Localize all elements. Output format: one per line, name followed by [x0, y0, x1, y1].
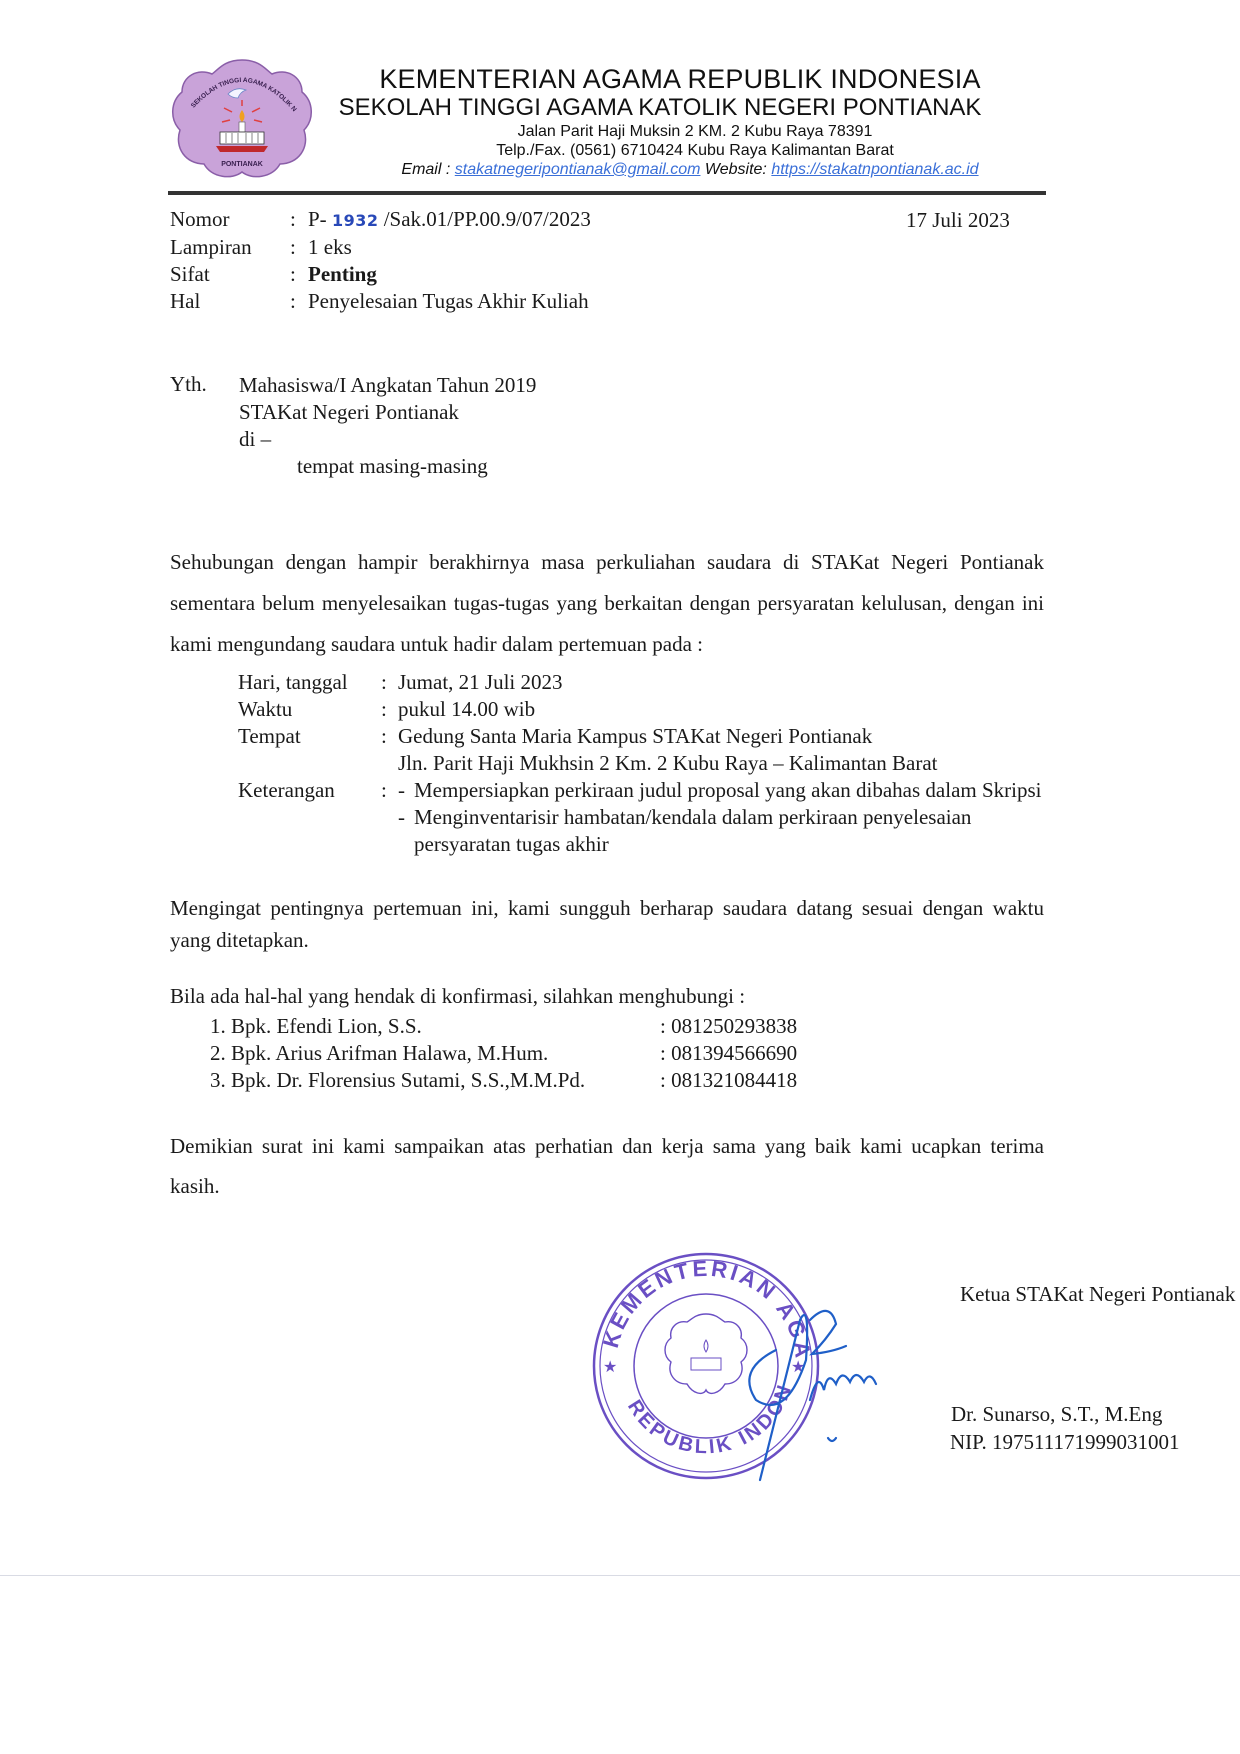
- detail-place: Tempat : Gedung Santa Maria Kampus STAKa…: [238, 723, 1058, 777]
- detail-notes: Keterangan : -Mempersiapkan perkiraan ju…: [238, 777, 1058, 858]
- contact-item: 3. Bpk. Dr. Florensius Sutami, S.S.,M.M.…: [210, 1067, 797, 1094]
- contact-intro: Bila ada hal-hal yang hendak di konfirma…: [170, 983, 1044, 1010]
- institution-name: SEKOLAH TINGGI AGAMA KATOLIK NEGERI PONT…: [320, 94, 1000, 122]
- contact-line: Email : stakatnegeripontianak@gmail.com …: [380, 160, 1000, 180]
- website-link[interactable]: https://stakatnpontianak.ac.id: [771, 161, 978, 178]
- detail-time: Waktu : pukul 14.00 wib: [238, 696, 1058, 723]
- institution-logo: SEKOLAH TINGGI AGAMA KATOLIK NEGERI PONT…: [168, 56, 316, 182]
- nomor-value: P- 1932 /Sak.01/PP.00.9/07/2023: [308, 206, 591, 234]
- website-label: Website:: [705, 161, 767, 178]
- importance-paragraph: Mengingat pentingnya pertemuan ini, kami…: [170, 892, 1044, 956]
- meeting-details: Hari, tanggal : Jumat, 21 Juli 2023 Wakt…: [238, 669, 1058, 858]
- contact-list: 1. Bpk. Efendi Lion, S.S.: 081250293838 …: [210, 1013, 797, 1094]
- handwritten-number: 1932: [332, 211, 379, 230]
- star-icon: ★: [603, 1359, 617, 1376]
- detail-date: Hari, tanggal : Jumat, 21 Juli 2023: [238, 669, 1058, 696]
- institution-phone: Telp./Fax. (0561) 6710424 Kubu Raya Kali…: [390, 141, 1000, 160]
- meta-nomor: Nomor : P- 1932 /Sak.01/PP.00.9/07/2023: [170, 206, 591, 234]
- letterhead-divider: [168, 191, 1046, 195]
- scan-edge-line: [0, 1575, 1240, 1576]
- letterhead: KEMENTERIAN AGAMA REPUBLIK INDONESIA SEK…: [320, 64, 1000, 180]
- logo-city-text: PONTIANAK: [221, 161, 263, 168]
- letter-meta: Nomor : P- 1932 /Sak.01/PP.00.9/07/2023 …: [170, 206, 591, 315]
- addressee: Mahasiswa/I Angkatan Tahun 2019 STAKat N…: [239, 372, 536, 480]
- intro-paragraph: Sehubungan dengan hampir berakhirnya mas…: [170, 542, 1044, 665]
- contact-item: 1. Bpk. Efendi Lion, S.S.: 081250293838: [210, 1013, 797, 1040]
- meta-sifat: Sifat : Penting: [170, 261, 591, 288]
- ministry-name: KEMENTERIAN AGAMA REPUBLIK INDONESIA: [360, 64, 1000, 94]
- signatory-name: Dr. Sunarso, S.T., M.Eng: [951, 1402, 1162, 1427]
- signatory-nip: NIP. 197511171999031001: [950, 1430, 1179, 1455]
- nomor-label: Nomor: [170, 206, 290, 234]
- note-item: -Menginventarisir hambatan/kendala dalam…: [398, 804, 1058, 858]
- contact-item: 2. Bpk. Arius Arifman Halawa, M.Hum.: 08…: [210, 1040, 797, 1067]
- institution-address: Jalan Parit Haji Muksin 2 KM. 2 Kubu Ray…: [390, 122, 1000, 141]
- email-link[interactable]: stakatnegeripontianak@gmail.com: [455, 161, 701, 178]
- signatory-title: Ketua STAKat Negeri Pontianak: [960, 1282, 1235, 1307]
- meta-hal: Hal : Penyelesaian Tugas Akhir Kuliah: [170, 288, 591, 315]
- note-item: -Mempersiapkan perkiraan judul proposal …: [398, 777, 1058, 804]
- letter-date: 17 Juli 2023: [906, 208, 1010, 233]
- closing-paragraph: Demikian surat ini kami sampaikan atas p…: [170, 1126, 1044, 1206]
- addressee-label: Yth.: [170, 372, 207, 397]
- email-label: Email :: [401, 161, 450, 178]
- meta-lampiran: Lampiran : 1 eks: [170, 234, 591, 261]
- handwritten-signature: [740, 1290, 1000, 1490]
